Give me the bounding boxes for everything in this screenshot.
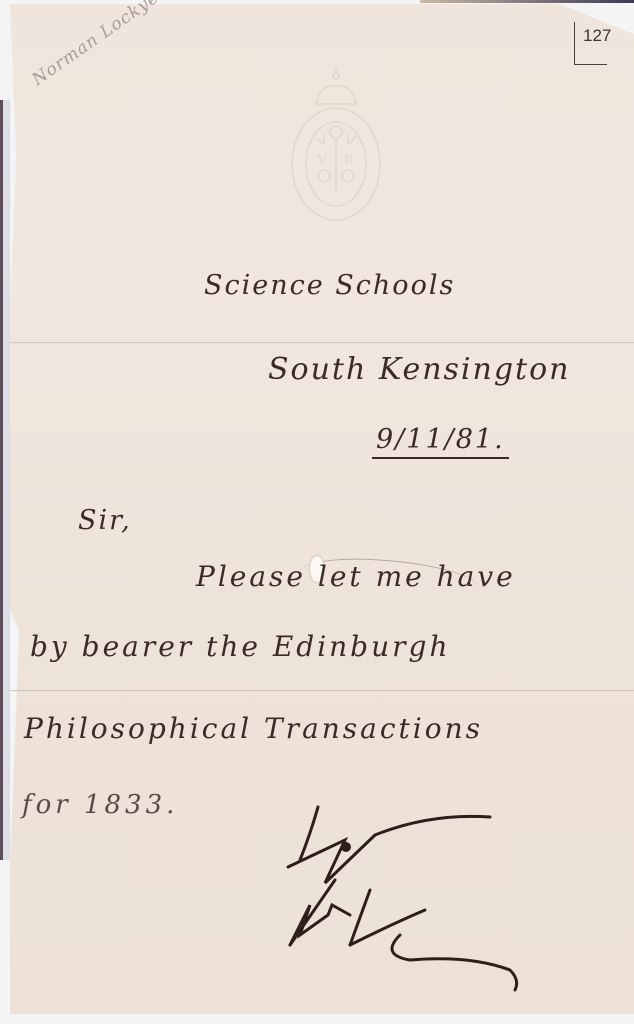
folio-number-box: 127 (574, 22, 607, 65)
salutation: Sir, (78, 505, 132, 536)
address-line-1: Science Schools (204, 270, 455, 301)
body-line-2: by bearer the Edinburgh (30, 630, 450, 663)
top-edge-line (420, 0, 634, 3)
page-edge-backing (0, 100, 10, 860)
body-line-4: for 1833. (22, 790, 178, 820)
address-line-2: South Kensington (268, 352, 570, 387)
folio-number: 127 (583, 26, 611, 46)
svg-text:V: V (317, 153, 327, 167)
body-line-1: Please let me have (196, 560, 516, 593)
embossed-seal-icon: V R (288, 66, 384, 226)
body-line-3: Philosophical Transactions (24, 712, 483, 745)
signature-icon (280, 805, 560, 1005)
letter-date: 9/11/81. (372, 424, 509, 459)
fold-line-lower (10, 690, 634, 692)
fold-line-upper (10, 342, 634, 344)
svg-text:R: R (344, 153, 354, 167)
